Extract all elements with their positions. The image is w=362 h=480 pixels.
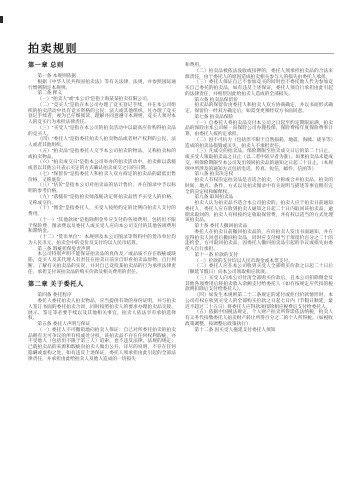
paragraph: （二）委托人应在本公司收到买受人全部购买价款之日起二十日后（顺延节假日）向本公司… (185, 263, 333, 275)
paragraph: （四）如发生本规则第二十二条规定的延付或拒付价款情形时，本公司有权在收到买受人的… (185, 292, 333, 309)
paragraph: 拍卖人认为拍卖品不适合本公司拍卖的，拍卖人应于拍卖日前通知委托人，委托人应在收到… (185, 200, 333, 223)
paragraph: （三）买受人向本公司付清全部购买价款后，且本公司扣除佣金及其他各项费用后将拍卖收… (185, 275, 333, 292)
paragraph: （三）委托人保证自己不参加竞买的同时也不委托他人代为参加竞买自己委托的拍卖品，如… (185, 79, 333, 96)
paragraph: （十）“佣金”是指委托人、买受人按照约定的比例向拍卖人支付的费用。 (28, 205, 176, 217)
paragraph: 本公司特别声明不能保证拍卖品的真伪及／或品质不存在瑕疵或缺陷，竞买人及其代理人有… (28, 251, 176, 274)
paragraph: 拍卖人有权决定拍卖品是否适合拍卖，分拆或合并拍卖品，拍卖的时间、地点、条件、方式… (185, 177, 333, 194)
chapter-2-heading: 第二章 关于委托人 (28, 281, 176, 289)
chapter-2-body: 第四条 委托程序委托人委托拍卖人拍卖物品，应当提供有效的身份证明，并与拍卖人签订… (28, 292, 176, 361)
paragraph: （八）“估价”是指本公司对拍卖品的估计售价，并在图录中予以标明的参考价格。 (28, 182, 176, 194)
chapter-1-heading: 第一章 总则 (28, 62, 176, 70)
paragraph: 委托人委托拍卖人拍卖物品，应当提供有效的身份证明，并与拍卖人签订书面的委托拍卖合… (28, 298, 176, 321)
paragraph: 根据《中华人民共和国拍卖法》等有关法律、法规，并参照国际通行惯例制定本规则。 (28, 79, 176, 91)
paragraph: （二）因不可抗力（包括但不限于自然损耗、地震、海啸、战争等）造成的拍卖品损毁或灭… (185, 137, 333, 149)
paragraph: （七）“保留价”是指委托人和拍卖人双方商定的拍卖品的最低出售价格，又称底价。 (28, 171, 176, 183)
paragraph: （十一）“其他款项”是指除佣金外应支付的各项费用，包括但不限于保险费、图录费以及… (28, 217, 176, 234)
chapter-1-body: 第一条 本规则依据根据《中华人民共和国拍卖法》等有关法律、法规，并参照国际通行惯… (28, 73, 176, 274)
paragraph: （九）“落槌价”是指拍卖师落槌决定将拍卖品售予买受人的价格，又称成交价。 (28, 194, 176, 206)
paragraph: 委托人在拍卖日前撤回拍卖品的，应向拍卖人发出书面通知，并在征得拍卖人同意后撤回拍… (185, 229, 333, 252)
paragraph: （二）拍卖品被依法没收或扣押的，委托人须承担拍卖品的合法来源责任，由于委托人的原… (185, 68, 333, 80)
paragraph: （四）“委托人”是指委托拍卖人拍卖物品或者财产权利的公民、法人或者其他组织。 (28, 136, 176, 148)
title-divider (28, 53, 334, 54)
left-column: 第一章 总则 第一条 本规则依据根据《中华人民共和国拍卖法》等有关法律、法规，并… (28, 62, 176, 361)
right-column-body: 和费用。（二）拍卖品被依法没收或扣押的，委托人须承担拍卖品的合法来源责任，由于委… (185, 62, 333, 332)
paragraph: 拍卖品的保留价由委托人和拍卖人双方协商确定，并以书面形式确定。保留价一经双方确定… (185, 102, 333, 114)
right-column: 和费用。（二）拍卖品被依法没收或扣押的，委托人须承担拍卖品的合法来源责任，由于委… (185, 62, 333, 332)
paragraph: （一）自委托人将拍卖品交付本公司之日起至约定期限届满，拍卖品的保险由本公司统一向… (185, 120, 333, 137)
document-page: 拍卖规则 第一章 总则 第一条 本规则依据根据《中华人民共和国拍卖法》等有关法律… (0, 0, 362, 480)
text-columns: 第一章 总则 第一条 本规则依据根据《中华人民共和国拍卖法》等有关法律、法规，并… (28, 62, 334, 361)
paragraph: （三）凡成交的拍卖品，保险期限至拍卖成交日后的第二十日止，或买受人领取拍卖品之日… (185, 148, 333, 171)
paragraph: （二）“竞买人”是指在本公司办理了竞买登记手续，并在本公司组织的拍卖活动中具有竞… (28, 102, 176, 125)
paragraph: （一）委托人不可撤销地向拍卖人保证：自己对所委托拍卖的拍卖品拥有无可争议的所有权… (28, 327, 176, 362)
paragraph: （三）“买受人”是指在本公司的拍卖活动中以最高应价购得拍卖品的竞买人。 (28, 125, 176, 137)
paragraph: （十二）“货币单位”：本规则及本公司图录等资料中的货币单位均为人民币元，拍卖会中… (28, 234, 176, 246)
paragraph: （五）“拍卖品”是指委托人交予本公司拍卖的物品，又称拍卖标的或拍卖物品。 (28, 148, 176, 160)
paragraph: （五）依据中国税法规定，个人财产拍卖所得需依法纳税，拍卖人有义务代扣缴委托人拍卖… (185, 309, 333, 326)
paragraph: 第十二条 因买受人拖延支付委托人须知 (185, 327, 333, 333)
paragraph: （六）“拍卖成交日”是指本公司举办的拍卖活动中，拍卖师以落槌或者以其他公开表示买… (28, 159, 176, 171)
scan-artifact-mark (0, 16, 3, 23)
